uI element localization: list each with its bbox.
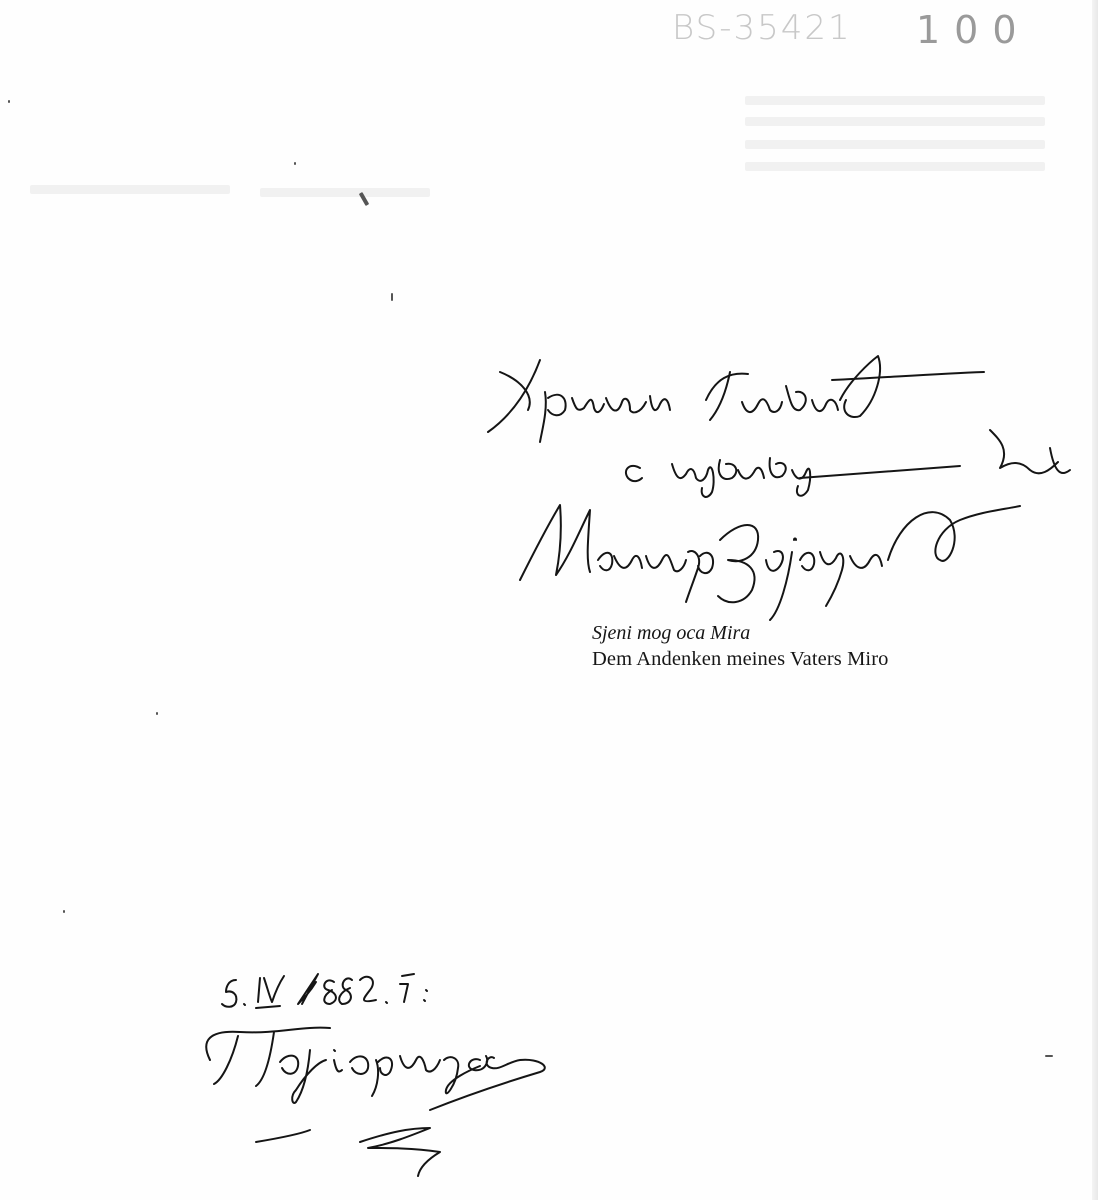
- bleed-through-line: [745, 162, 1045, 171]
- page-edge-shadow: [1092, 0, 1098, 1200]
- catalog-number: BS-35421: [672, 8, 852, 48]
- bleed-through-line: [745, 117, 1045, 126]
- bleed-through-line: [745, 96, 1045, 105]
- handwritten-place: Подгорица: [205, 1040, 334, 1072]
- bleed-through-line: [745, 140, 1045, 149]
- handwriting-strokes: [0, 0, 1098, 1200]
- paper-speck: [63, 910, 65, 913]
- printed-dedication: Sjeni mog oca Mira Dem Andenken meines V…: [592, 620, 889, 672]
- paper-speck: [8, 100, 10, 103]
- dedication-line-serbian: Sjeni mog oca Mira: [592, 620, 889, 646]
- handwritten-greeting: с љубављу Drake: [625, 450, 828, 482]
- page-number-note: 100: [916, 8, 1031, 52]
- bleed-through-line: [30, 185, 230, 194]
- handwritten-recipient: Франки Прибил: [490, 370, 682, 402]
- scanned-page: BS-35421 100: [0, 0, 1098, 1200]
- handwritten-signature: Матија Војводић: [520, 530, 721, 562]
- paper-speck: [391, 293, 393, 301]
- handwritten-date: 5. IV 1982. г.: [222, 975, 371, 1007]
- date-place-strokes: [0, 0, 1098, 1200]
- dedication-line-german: Dem Andenken meines Vaters Miro: [592, 646, 889, 672]
- paper-speck: [294, 162, 296, 165]
- paper-speck: [1045, 1055, 1053, 1057]
- paper-speck: [156, 712, 158, 715]
- bleed-through-line: [260, 188, 430, 197]
